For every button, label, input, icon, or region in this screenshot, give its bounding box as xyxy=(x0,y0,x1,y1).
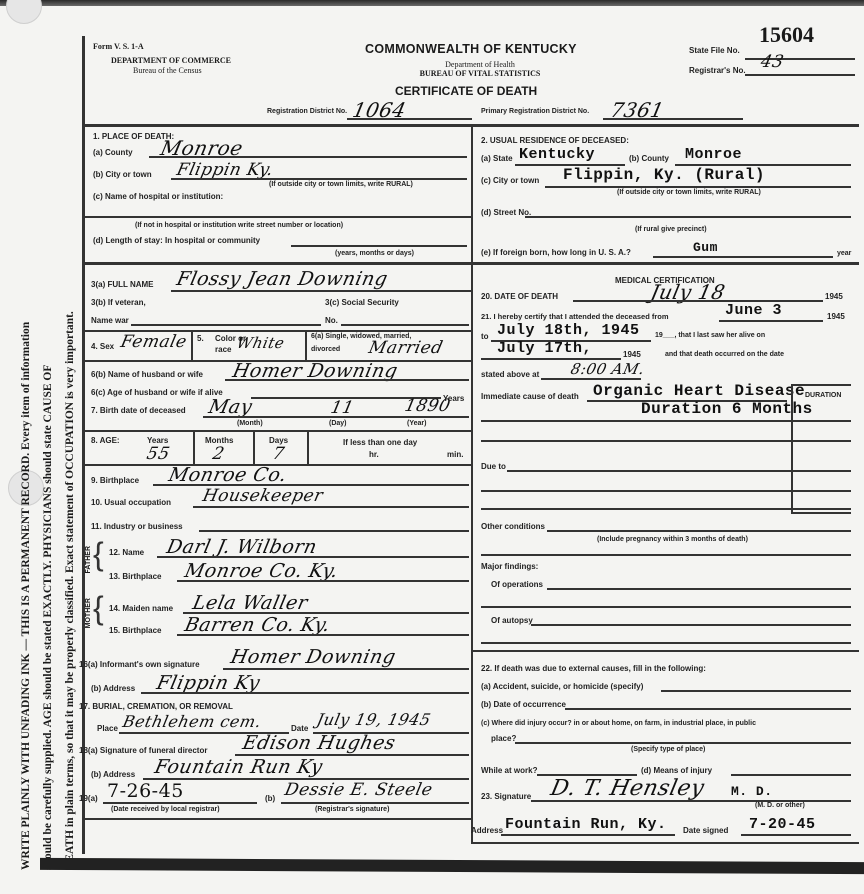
mother-brace: { xyxy=(93,592,104,624)
day-hint: (Day) xyxy=(329,420,347,427)
residence-title: 2. USUAL RESIDENCE OF DECEASED: xyxy=(481,136,629,145)
director-value: Edison Hughes xyxy=(241,732,398,754)
death-year: 1945 xyxy=(825,292,843,301)
hospital-label: (c) Name of hospital or institution: xyxy=(93,192,223,201)
signature-label: 23. Signature xyxy=(481,792,531,801)
informant-sig-label: 16(a) Informant's own signature xyxy=(79,660,200,669)
birth-day: 11 xyxy=(329,398,356,418)
stated-label: stated above at xyxy=(481,370,539,379)
death-occurred-label: and that death occurred on the date xyxy=(665,351,784,358)
res-city-value: Flippin, Ky. (Rural) xyxy=(563,166,765,184)
years-value: 55 xyxy=(145,444,172,464)
registrar-no-value: 43 xyxy=(759,52,786,72)
res-city-label: (c) City or town xyxy=(481,176,539,185)
date-signed-value: 7-20-45 xyxy=(749,816,816,833)
last-saw-label: 19___, that I last saw her alive on xyxy=(655,332,765,339)
received-value: 7-26-45 xyxy=(107,780,184,802)
physician-signature: D. T. Hensley xyxy=(548,776,706,801)
last-saw-value: July 17th, xyxy=(497,340,592,357)
county-label: (a) County xyxy=(93,148,133,157)
accident-label: (a) Accident, suicide, or homicide (spec… xyxy=(481,682,643,691)
commonwealth-title: COMMONWEALTH OF KENTUCKY xyxy=(365,42,577,56)
received-hint: (Date received by local registrar) xyxy=(111,806,220,813)
lt-day-label: If less than one day xyxy=(343,438,417,447)
where-label: (c) Where did injury occur? in or about … xyxy=(481,720,756,727)
hospital-hint: (If not in hospital or institution write… xyxy=(135,222,343,229)
means-label: (d) Means of injury xyxy=(641,766,712,775)
city-label: (b) City or town xyxy=(93,170,152,179)
death-date-label: 20. DATE OF DEATH xyxy=(481,292,558,301)
marital-label-2: divorced xyxy=(311,346,340,353)
form-number: Form V. S. 1-A xyxy=(93,42,144,51)
birth-month: May xyxy=(207,396,255,418)
registrar-sig-label: (b) xyxy=(265,794,275,803)
findings-label: Major findings: xyxy=(481,562,538,571)
operations-label: Of operations xyxy=(491,580,543,589)
father-name-label: 12. Name xyxy=(109,548,144,557)
injury-place-label: place? xyxy=(491,734,516,743)
sig-address-value: Fountain Run, Ky. xyxy=(505,816,667,833)
bureau-census: Bureau of the Census xyxy=(133,66,202,75)
scan-edge-top xyxy=(0,0,864,6)
father-birthplace-value: Monroe Co. Ky. xyxy=(183,560,341,582)
physician-title: M. D. xyxy=(731,784,773,799)
state-file-label: State File No. xyxy=(689,46,740,55)
informant-address-label: (b) Address xyxy=(91,684,135,693)
months-value: 2 xyxy=(211,444,227,464)
industry-label: 11. Industry or business xyxy=(91,522,183,531)
birthplace-value: Monroe Co. xyxy=(167,464,289,486)
last-saw-year: 1945 xyxy=(623,350,641,359)
full-name-label: 3(a) FULL NAME xyxy=(91,280,154,289)
due-to-label: Due to xyxy=(481,462,506,471)
res-county-value: Monroe xyxy=(685,146,742,163)
ss-label: 3(c) Social Security xyxy=(325,298,399,307)
res-foreign-label: (e) If foreign born, how long in U. S. A… xyxy=(481,248,631,257)
to-label: to xyxy=(481,332,489,341)
spouse-label: 6(b) Name of husband or wife xyxy=(91,370,203,379)
mother-maiden-value: Lela Waller xyxy=(191,592,310,614)
birth-year: 1890 xyxy=(403,396,453,416)
primary-reg-label: Primary Registration District No. xyxy=(481,108,589,115)
other-conditions-hint: (Include pregnancy within 3 months of de… xyxy=(597,536,748,543)
certify-label: 21. I hereby certify that I attended the… xyxy=(481,312,669,321)
department-name: DEPARTMENT OF COMMERCE xyxy=(111,56,231,65)
mother-maiden-label: 14. Maiden name xyxy=(109,604,173,613)
full-name-value: Flossy Jean Downing xyxy=(175,268,390,290)
director-label: 18(a) Signature of funeral director xyxy=(79,746,207,755)
burial-place-value: Bethlehem cem. xyxy=(121,712,263,731)
marital-value: Married xyxy=(367,338,445,358)
father-tag: FATHER xyxy=(85,546,92,573)
side-note-line-2: should be carefully supplied. AGE should… xyxy=(38,10,58,870)
physician-title-hint: (M. D. or other) xyxy=(755,802,805,809)
res-state-value: Kentucky xyxy=(519,146,595,163)
burial-title: 17. BURIAL, CREMATION, OR REMOVAL xyxy=(79,702,233,711)
mother-birthplace-label: 15. Birthplace xyxy=(109,626,161,635)
name-war-label: Name war xyxy=(91,316,129,325)
burial-date-value: July 19, 1945 xyxy=(315,710,433,729)
side-instructions: WRITE PLAINLY WITH UNFADING INK — THIS I… xyxy=(4,10,84,870)
occupation-label: 10. Usual occupation xyxy=(91,498,171,507)
father-birthplace-label: 13. Birthplace xyxy=(109,572,161,581)
stay-hint: (years, months or days) xyxy=(335,250,414,257)
side-note-line-1: WRITE PLAINLY WITH UNFADING INK — THIS I… xyxy=(16,10,36,870)
received-label: 19(a) xyxy=(79,794,98,803)
res-foreign-value: Gum xyxy=(693,240,718,255)
side-note-line-3: DEATH in plain terms, so that it may be … xyxy=(60,10,80,870)
external-title: 22. If death was due to external causes,… xyxy=(481,664,706,673)
hr-label: hr. xyxy=(369,450,379,459)
birth-label: 7. Birth date of deceased xyxy=(91,406,186,415)
sex-value: Female xyxy=(119,332,189,352)
director-address-value: Fountain Run Ky xyxy=(153,756,325,778)
autopsy-label: Of autopsy xyxy=(491,616,533,625)
director-address-label: (b) Address xyxy=(91,770,135,779)
while-at-work-label: While at work? xyxy=(481,766,537,775)
mother-tag: MOTHER xyxy=(85,598,92,628)
registrar-sig-value: Dessie E. Steele xyxy=(283,780,435,800)
occupation-value: Housekeeper xyxy=(201,486,325,506)
days-value: 7 xyxy=(271,444,287,464)
birthplace-label: 9. Birthplace xyxy=(91,476,139,485)
attended-from: June 3 xyxy=(725,302,782,319)
attended-to: July 18th, 1945 xyxy=(497,322,640,339)
stay-label: (d) Length of stay: In hospital or commu… xyxy=(93,236,260,245)
res-street-label: (d) Street No. xyxy=(481,208,531,217)
registrar-no-label: Registrar's No. xyxy=(689,66,746,75)
cause-value: Organic Heart Disease xyxy=(593,382,805,400)
sig-address-label: Address xyxy=(471,826,503,835)
mother-birthplace-value: Barren Co. Ky. xyxy=(183,614,333,636)
informant-sig-value: Homer Downing xyxy=(229,646,398,668)
duration-header: DURATION xyxy=(805,392,841,399)
registrar-sig-hint: (Registrar's signature) xyxy=(315,806,389,813)
death-certificate-form: Form V. S. 1-A DEPARTMENT OF COMMERCE Bu… xyxy=(82,36,856,854)
year-hint: (Year) xyxy=(407,420,426,427)
duration-value: Duration 6 Months xyxy=(641,400,813,418)
veteran-label: 3(b) If veteran, xyxy=(91,298,146,307)
date-signed-label: Date signed xyxy=(683,826,728,835)
scan-edge-bottom xyxy=(40,858,864,874)
race-num: 5. xyxy=(197,334,204,343)
bureau-vital: BUREAU OF VITAL STATISTICS xyxy=(395,69,565,78)
race-label-2: race xyxy=(215,345,231,354)
month-hint: (Month) xyxy=(237,420,263,427)
age-label: 8. AGE: xyxy=(91,436,120,445)
attended-from-year: 1945 xyxy=(827,312,845,321)
race-value: White xyxy=(235,334,286,352)
state-file-value: 15604 xyxy=(759,22,814,48)
ss-no-label: No. xyxy=(325,316,338,325)
city-hint: (If outside city or town limits, write R… xyxy=(269,181,413,188)
res-state-label: (a) State xyxy=(481,154,513,163)
father-brace: { xyxy=(93,538,104,570)
certificate-title: CERTIFICATE OF DEATH xyxy=(395,84,537,98)
sex-label: 4. Sex xyxy=(91,342,114,351)
min-label: min. xyxy=(447,450,463,459)
injury-place-hint: (Specify type of place) xyxy=(631,746,705,753)
res-foreign-unit: year xyxy=(837,250,851,257)
reg-district-label: Registration District No. xyxy=(267,108,347,115)
time-value: 8:00 AM. xyxy=(569,360,646,378)
father-name-value: Darl J. Wilborn xyxy=(165,536,319,558)
informant-address-value: Flippin Ky xyxy=(155,672,262,694)
res-city-hint: (If outside city or town limits, write R… xyxy=(617,189,761,196)
spouse-age-label: 6(c) Age of husband or wife if alive xyxy=(91,388,223,397)
death-city-value: Flippin Ky. xyxy=(175,160,275,180)
occurrence-label: (b) Date of occurrence xyxy=(481,700,566,709)
res-county-label: (b) County xyxy=(629,154,669,163)
res-street-hint: (If rural give precinct) xyxy=(635,226,707,233)
burial-place-label: Place xyxy=(97,724,118,733)
other-conditions-label: Other conditions xyxy=(481,522,545,531)
cause-label: Immediate cause of death xyxy=(481,392,579,401)
dept-health: Department of Health xyxy=(425,60,535,69)
